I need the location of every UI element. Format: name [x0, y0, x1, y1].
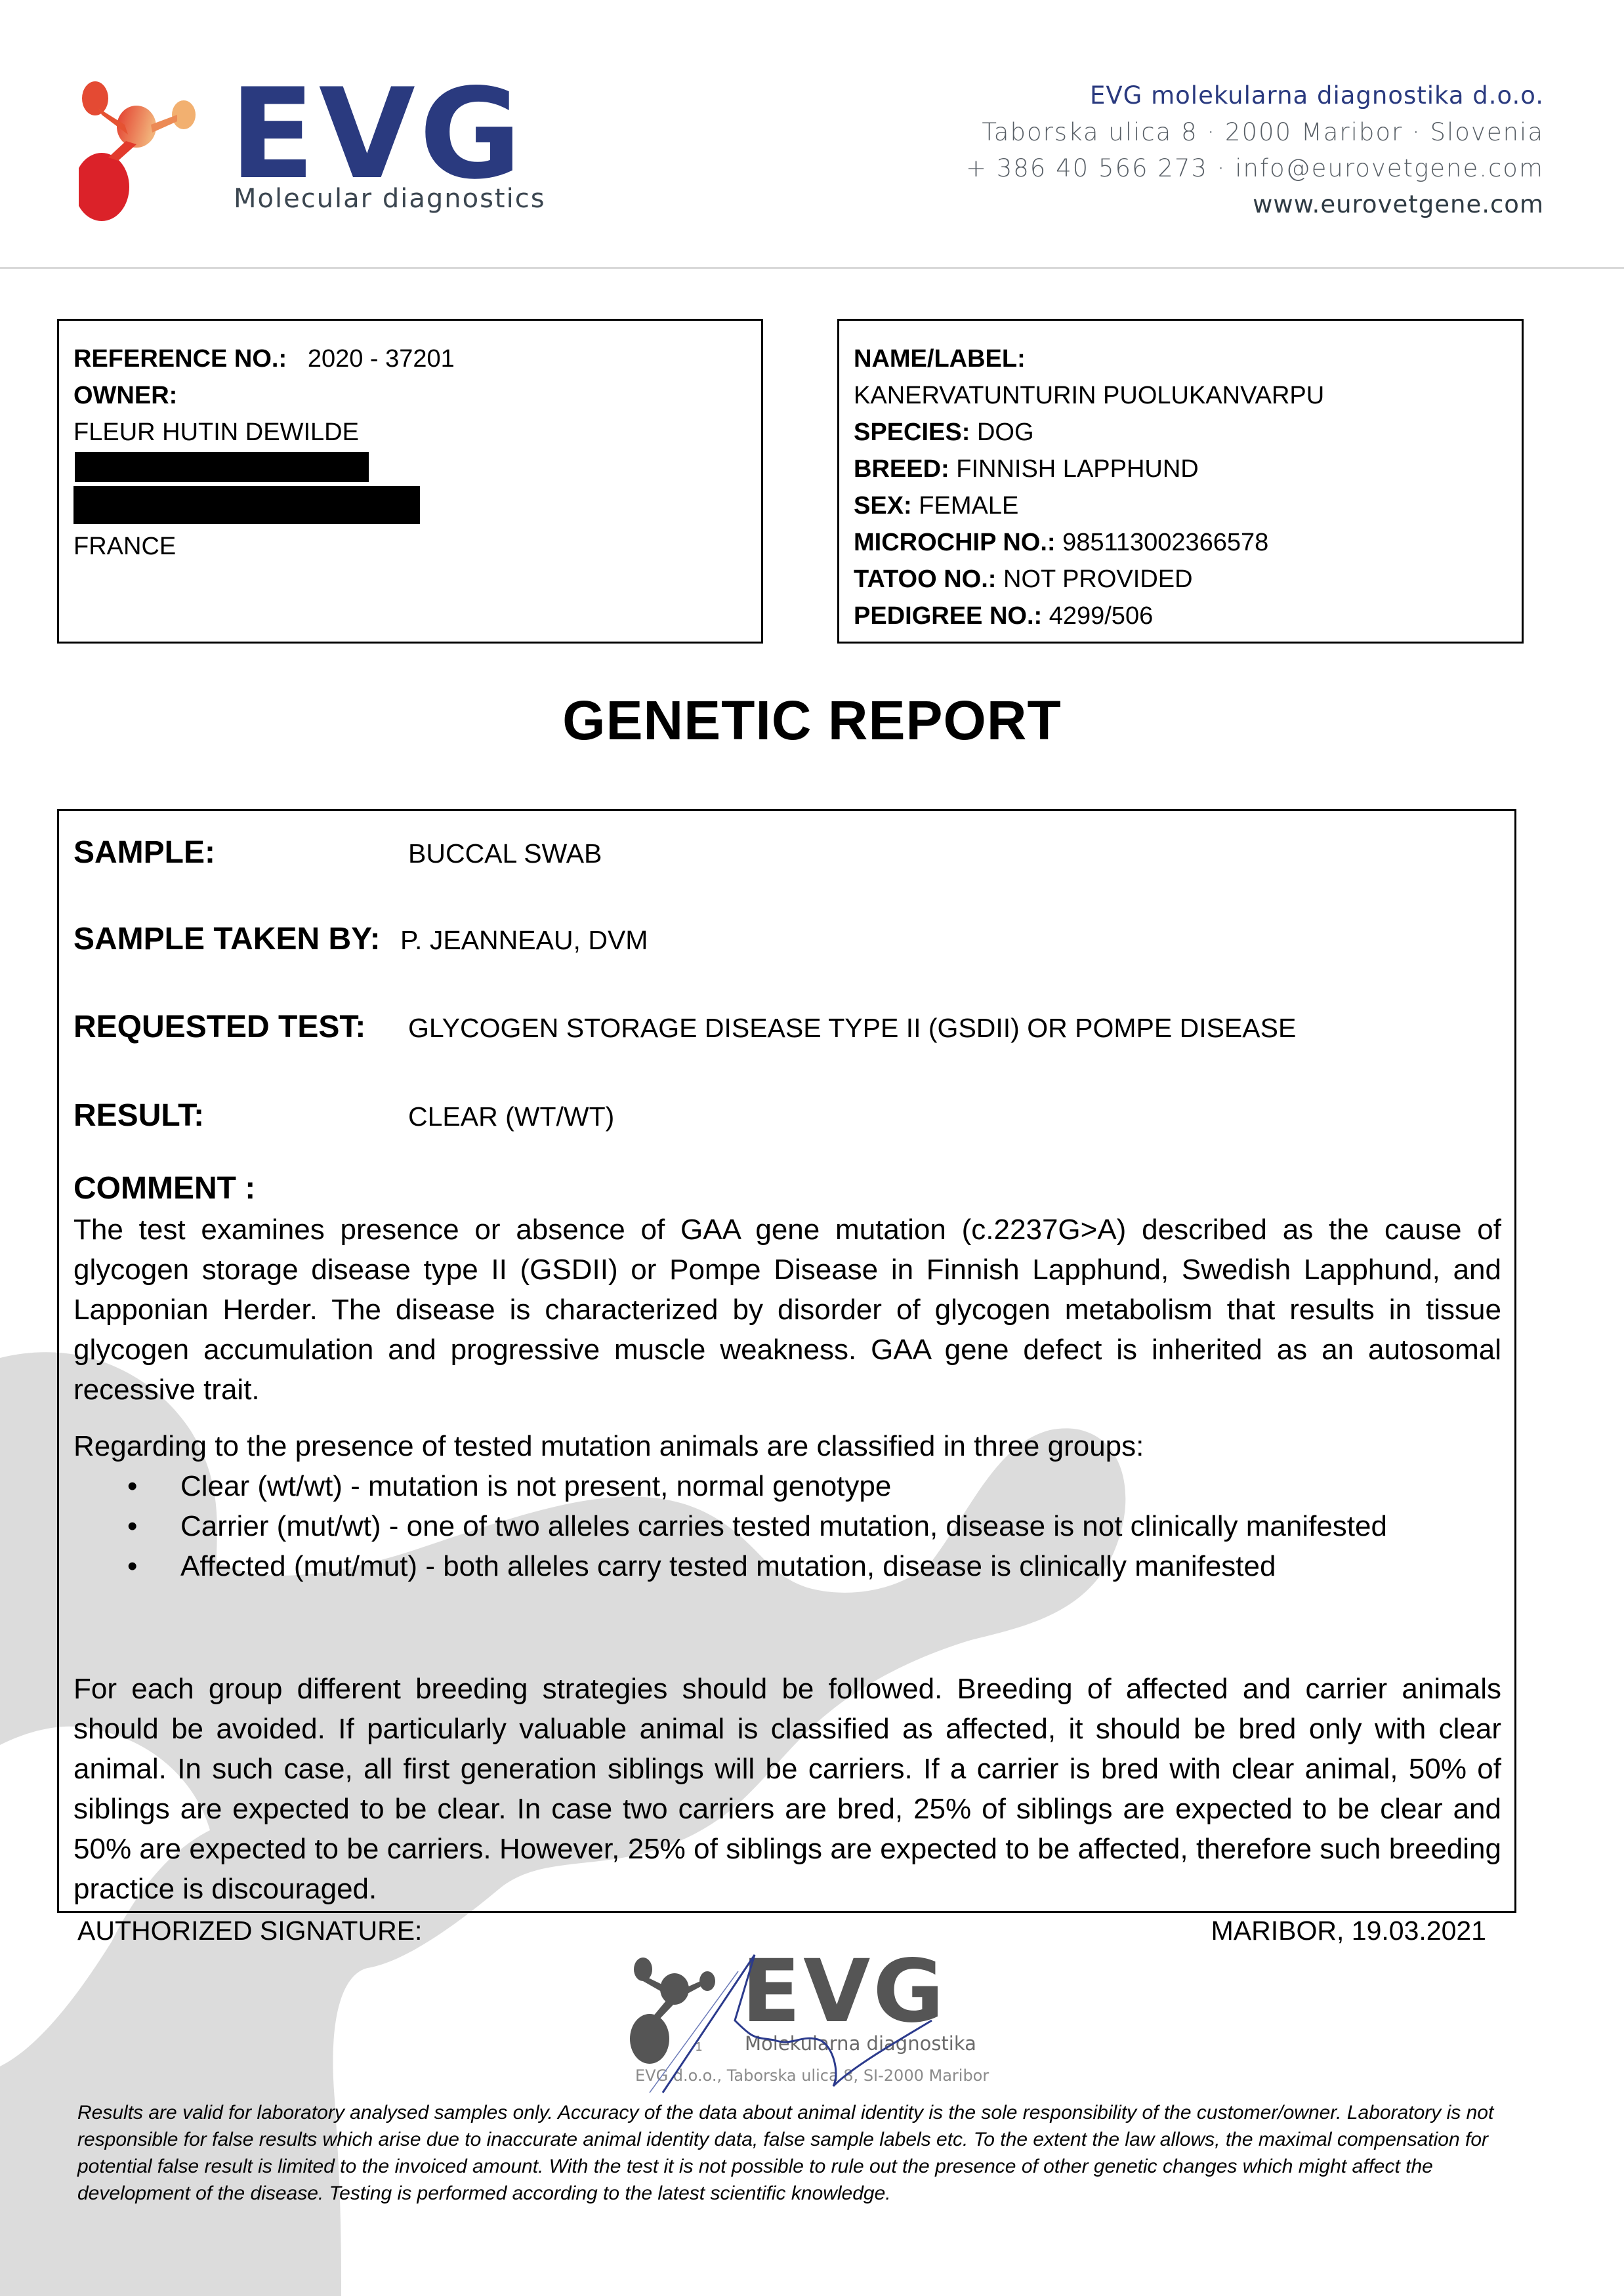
- company-address: Taborska ulica 8 · 2000 Maribor · Sloven…: [966, 114, 1544, 150]
- owner-label-text: OWNER:: [73, 382, 177, 409]
- pedigree-value: 4299/506: [1049, 602, 1154, 630]
- sample-taken-by-label: SAMPLE TAKEN BY:: [73, 921, 381, 957]
- species-value: DOG: [977, 419, 1034, 446]
- requested-test-value: GLYCOGEN STORAGE DISEASE TYPE II (GSDII)…: [408, 1013, 1296, 1044]
- breed-label: BREED:: [854, 455, 949, 483]
- redacted-address-line-2: [73, 486, 420, 524]
- report-box: SAMPLE: BUCCAL SWAB SAMPLE TAKEN BY: P. …: [57, 809, 1516, 1913]
- company-name: EVG molekularna diagnostika d.o.o.: [966, 77, 1544, 114]
- requested-test-row: REQUESTED TEST: GLYCOGEN STORAGE DISEASE…: [73, 1009, 365, 1045]
- company-website-link[interactable]: www.eurovetgene.com: [966, 186, 1544, 223]
- owner-country: FRANCE: [73, 528, 761, 565]
- tattoo-label: TATOO NO.:: [854, 565, 996, 593]
- comment-heading: COMMENT :: [73, 1170, 255, 1206]
- requested-test-label: REQUESTED TEST:: [73, 1009, 365, 1045]
- animal-name: KANERVATUNTURIN PUOLUKANVARPU: [854, 377, 1522, 414]
- reference-value: 2020 - 37201: [308, 345, 455, 373]
- reference-field: REFERENCE NO.: 2020 - 37201: [73, 340, 761, 377]
- comment-paragraph-1: The test examines presence or absence of…: [73, 1210, 1501, 1410]
- page-title: GENETIC REPORT: [0, 689, 1624, 752]
- company-info: EVG molekularna diagnostika d.o.o. Tabor…: [966, 77, 1544, 223]
- owner-info-box: REFERENCE NO.: 2020 - 37201 OWNER: FLEUR…: [57, 319, 763, 644]
- sample-value: BUCCAL SWAB: [408, 838, 602, 869]
- sex-field: SEX: FEMALE: [854, 487, 1522, 524]
- group-clear: Clear (wt/wt) - mutation is not present,…: [73, 1466, 1387, 1506]
- redacted-address-line-1: [75, 452, 369, 482]
- genotype-groups-list: Clear (wt/wt) - mutation is not present,…: [73, 1466, 1387, 1586]
- sex-value: FEMALE: [919, 492, 1018, 520]
- pedigree-label: PEDIGREE NO.:: [854, 602, 1042, 630]
- tattoo-field: TATOO NO.: NOT PROVIDED: [854, 561, 1522, 598]
- header-divider: [0, 267, 1624, 269]
- reference-label: REFERENCE NO.:: [73, 345, 287, 373]
- result-row: RESULT: CLEAR (WT/WT): [73, 1097, 204, 1134]
- logo-subtitle: Molecular diagnostics: [234, 184, 546, 214]
- name-label-text: NAME/LABEL:: [854, 345, 1026, 373]
- owner-name: FLEUR HUTIN DEWILDE: [73, 414, 761, 451]
- evg-logo: EVG Molecular diagnostics: [79, 79, 577, 223]
- handwritten-signature-icon: [623, 1942, 1017, 2099]
- microchip-field: MICROCHIP NO.: 985113002366578: [854, 524, 1522, 561]
- group-affected: Affected (mut/mut) - both alleles carry …: [73, 1546, 1387, 1586]
- company-contact: + 386 40 566 273 · info@eurovetgene.com: [966, 150, 1544, 186]
- sample-taken-by-row: SAMPLE TAKEN BY: P. JEANNEAU, DVM: [73, 921, 381, 957]
- logo-wordmark: EVG: [230, 72, 526, 197]
- place-date: MARIBOR, 19.03.2021: [1211, 1916, 1486, 1946]
- sample-label: SAMPLE:: [73, 834, 215, 871]
- microchip-value: 985113002366578: [1062, 529, 1268, 556]
- tattoo-value: NOT PROVIDED: [1003, 565, 1193, 593]
- molecule-logo-icon: [79, 79, 223, 223]
- sample-row: SAMPLE: BUCCAL SWAB: [73, 834, 215, 871]
- name-label: NAME/LABEL:: [854, 340, 1522, 377]
- microchip-label: MICROCHIP NO.:: [854, 529, 1056, 556]
- result-label: RESULT:: [73, 1097, 204, 1134]
- breed-field: BREED: FINNISH LAPPHUND: [854, 451, 1522, 487]
- pedigree-field: PEDIGREE NO.: 4299/506: [854, 598, 1522, 634]
- result-value: CLEAR (WT/WT): [408, 1101, 614, 1132]
- company-stamp: EVG Molekularna diagnostika 1 EVG d.o.o.…: [623, 1942, 1017, 2099]
- comment-paragraph-2: Regarding to the presence of tested muta…: [73, 1426, 1501, 1466]
- owner-label: OWNER:: [73, 377, 761, 414]
- breed-value: FINNISH LAPPHUND: [956, 455, 1199, 483]
- comment-paragraph-3: For each group different breeding strate…: [73, 1669, 1501, 1909]
- sample-taken-by-value: P. JEANNEAU, DVM: [400, 925, 648, 956]
- sex-label: SEX:: [854, 492, 912, 520]
- authorized-signature-label: AUTHORIZED SIGNATURE:: [77, 1916, 422, 1946]
- animal-info-box: NAME/LABEL: KANERVATUNTURIN PUOLUKANVARP…: [837, 319, 1524, 644]
- disclaimer-text: Results are valid for laboratory analyse…: [77, 2099, 1521, 2207]
- species-label: SPECIES:: [854, 419, 970, 446]
- group-carrier: Carrier (mut/wt) - one of two alleles ca…: [73, 1506, 1387, 1546]
- species-field: SPECIES: DOG: [854, 414, 1522, 451]
